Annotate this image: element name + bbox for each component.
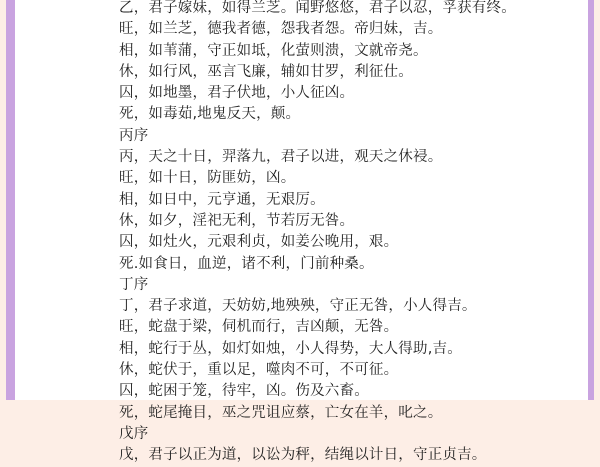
section-heading: 丙序	[119, 126, 579, 147]
text-line: 相，如日中，元亨通，无艰厉。	[119, 190, 579, 211]
document-body: 乙，君子嫁妹，如得兰芝。闻野悠悠，君子以忍，孚获有终。 旺，如兰芝，德我者德，怨…	[119, 0, 579, 400]
text-line: 丙，天之十日，羿落九，君子以进，观天之休祲。	[119, 147, 579, 168]
text-line: 囚，蛇困于笼，待牢，凶。伤及六畜。	[119, 381, 579, 400]
text-line: 休，如行风，巫言飞廉，辅如甘罗，利征仕。	[119, 62, 579, 83]
text-line: 死，如毒茹,地鬼反天，颠。	[119, 104, 579, 125]
section-heading: 丁序	[119, 275, 579, 296]
text-line: 旺，如十日，防匪妨，凶。	[119, 168, 579, 189]
text-line: 乙，君子嫁妹，如得兰芝。闻野悠悠，君子以忍，孚获有终。	[119, 0, 579, 19]
text-line: 丁，君子求道，天妨妨,地殃殃，守正无咎，小人得吉。	[119, 296, 579, 317]
text-line: 休，如夕，淫祀无利，节若厉无咎。	[119, 211, 579, 232]
text-line: 死.如食日，血逆，诸不利，门前种桑。	[119, 254, 579, 275]
text-line: 旺，蛇盘于梁，伺机而行，吉凶颠，无咎。	[119, 317, 579, 338]
text-line: 休，蛇伏于，重以足，噬肉不可，不可征。	[119, 360, 579, 381]
text-line: 囚，如地墨，君子伏地，小人征凶。	[119, 83, 579, 104]
text-line: 相，蛇行于丛，如灯如烛，小人得势，大人得助,吉。	[119, 339, 579, 360]
text-line: 相，如苇蒲，守正如坻，化萤则溃，文就帝尧。	[119, 41, 579, 62]
text-line: 旺，如兰芝，德我者德，怨我者怨。帝归妹，吉。	[119, 19, 579, 40]
text-line: 囚，如灶火，元艰利贞，如姜公晚用，艰。	[119, 232, 579, 253]
document-frame: 乙，君子嫁妹，如得兰芝。闻野悠悠，君子以忍，孚获有终。 旺，如兰芝，德我者德，怨…	[6, 0, 594, 400]
